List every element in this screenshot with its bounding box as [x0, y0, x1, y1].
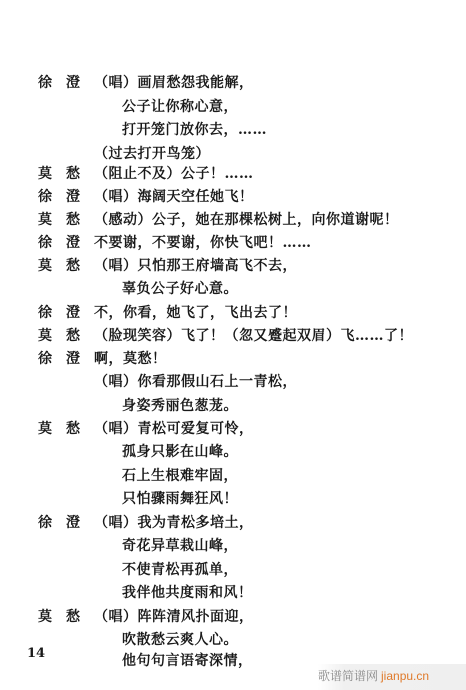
- speaker-name: 徐澄: [38, 186, 94, 208]
- line-text: 不使青松再孤单，: [122, 559, 238, 581]
- speaker-name: 莫愁: [38, 163, 94, 185]
- watermark-en: jianpu.cn: [381, 669, 429, 683]
- line-text: 啊，莫愁！: [94, 348, 167, 370]
- speaker-name: 莫愁: [38, 209, 94, 231]
- speaker-name: 莫愁: [38, 325, 94, 347]
- line-text: （唱）画眉愁怨我能解，: [94, 72, 254, 94]
- line-text: （感动）公子，她在那棵松树上，向你道谢呢！: [94, 209, 399, 231]
- speaker-name: 徐澄: [38, 348, 94, 370]
- document-page: 徐澄（唱）画眉愁怨我能解，公子让你称心意，打开笼门放你去，……（过去打开鸟笼）莫…: [0, 0, 466, 690]
- line-text: （唱）阵阵清风扑面迎，: [94, 606, 254, 628]
- line-text: 公子让你称心意，: [122, 96, 238, 118]
- speaker-name: 徐澄: [38, 512, 94, 534]
- line-text: 吹散愁云爽人心。: [122, 629, 238, 651]
- line-text: 石上生根难牢固，: [122, 465, 238, 487]
- line-text: （阻止不及）公子！……: [94, 163, 254, 185]
- line-text: （唱）青松可爱复可怜，: [94, 418, 254, 440]
- speaker-name: 徐澄: [38, 232, 94, 254]
- speaker-name: 徐澄: [38, 72, 94, 94]
- line-text: 打开笼门放你去，……: [122, 119, 267, 141]
- line-text: （唱）我为青松多培土，: [94, 512, 254, 534]
- line-text: 不要谢，不要谢，你快飞吧！……: [94, 232, 312, 254]
- line-text: 只怕骤雨舞狂风！: [122, 488, 238, 510]
- line-text: 我伴他共度雨和风！: [122, 582, 253, 604]
- line-text: 辜负公子好心意。: [122, 278, 238, 300]
- line-text: （过去打开鸟笼）: [94, 143, 210, 165]
- speaker-name: 莫愁: [38, 255, 94, 277]
- speaker-name: 徐澄: [38, 302, 94, 324]
- line-text: 身姿秀丽色葱茏。: [122, 395, 238, 417]
- line-text: （脸现笑容）飞了！（忽又蹙起双眉）飞……了！: [94, 325, 413, 347]
- watermark-cn: 歌谱简谱网: [318, 669, 378, 683]
- line-text: 他句句言语寄深情，: [122, 650, 253, 672]
- line-text: 孤身只影在山峰。: [122, 441, 238, 463]
- line-text: 奇花异草栽山峰，: [122, 535, 238, 557]
- speaker-name: 莫愁: [38, 418, 94, 440]
- watermark: 歌谱简谱网jianpu.cn: [318, 664, 466, 690]
- speaker-name: 莫愁: [38, 606, 94, 628]
- page-number: 14: [27, 646, 45, 661]
- line-text: 不，你看，她飞了，飞出去了！: [94, 302, 297, 324]
- line-text: （唱）只怕那王府墙高飞不去，: [94, 255, 297, 277]
- line-text: （唱）海阔天空任她飞！: [94, 186, 254, 208]
- line-text: （唱）你看那假山石上一青松，: [94, 371, 297, 393]
